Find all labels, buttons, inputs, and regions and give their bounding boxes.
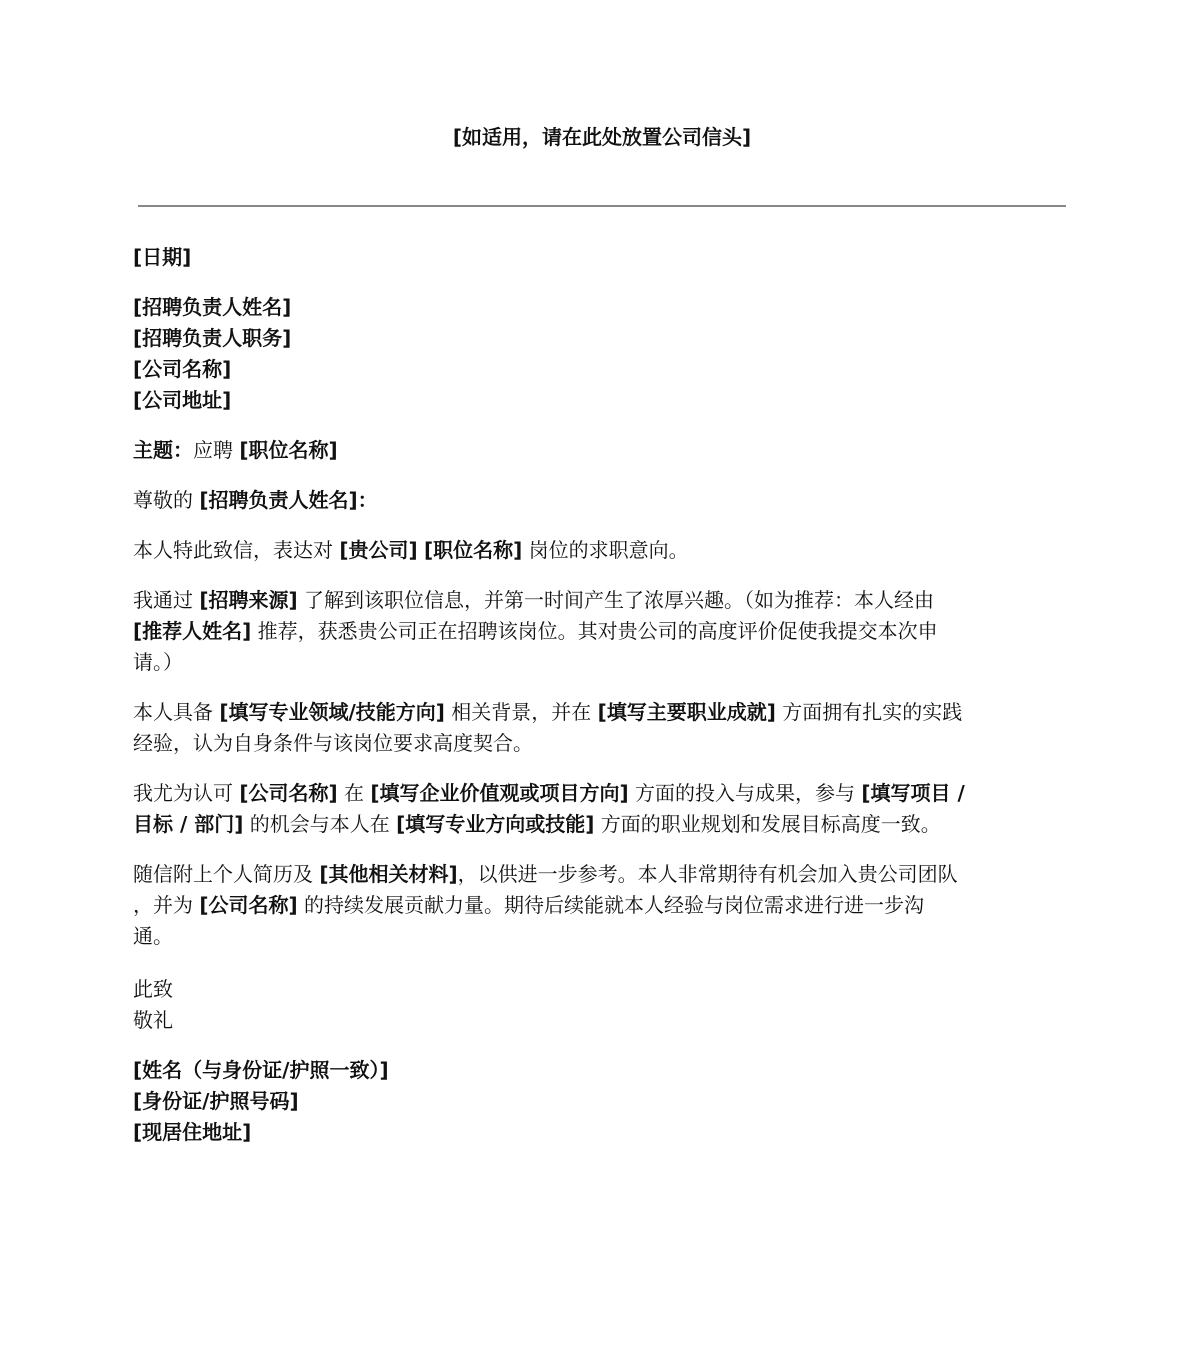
placeholder-company-name: [公司名称] <box>239 781 337 805</box>
subject-label: 主题： <box>133 438 193 462</box>
header-divider <box>138 205 1066 207</box>
paragraph-intent: 本人特此致信，表达对 [贵公司] [职位名称] 岗位的求职意向。 <box>133 535 1083 566</box>
text-segment: 的持续发展贡献力量。期待后续能就本人经验与岗位需求进行进一步沟 <box>298 893 924 917</box>
placeholder-company-values: [填写企业价值观或项目方向] <box>370 781 628 805</box>
signature-name: [姓名（与身份证/护照一致）] <box>133 1055 1083 1086</box>
signature-address: [现居住地址] <box>133 1117 1083 1148</box>
placeholder-position: [职位名称] <box>424 538 522 562</box>
salutation-name: [招聘负责人姓名]： <box>199 488 377 512</box>
text-segment: 本人具备 <box>133 700 219 724</box>
recipient-title: [招聘负责人职务] <box>133 323 1083 354</box>
date: [日期] <box>133 242 1083 273</box>
text-segment: 的机会与本人在 <box>243 812 396 836</box>
placeholder-project: 目标 / 部门] <box>133 812 243 836</box>
subject-position: [职位名称] <box>239 438 337 462</box>
letter-body: [日期] [招聘负责人姓名] [招聘负责人职务] [公司名称] [公司地址] 主… <box>133 242 1083 1167</box>
paragraph-attachments: 随信附上个人简历及 [其他相关材料]，以供进一步参考。本人非常期待有机会加入贵公… <box>133 859 1083 952</box>
text-segment: ，并为 <box>133 893 199 917</box>
closing-line-2: 敬礼 <box>133 1005 1083 1036</box>
placeholder-professional-skill: [填写专业方向或技能] <box>396 812 594 836</box>
salutation-prefix: 尊敬的 <box>133 488 199 512</box>
placeholder-other-materials: [其他相关材料] <box>319 862 457 886</box>
placeholder-achievement: [填写主要职业成就] <box>598 700 776 724</box>
placeholder-skill-area: [填写专业领域/技能方向] <box>219 700 445 724</box>
text-segment: 随信附上个人简历及 <box>133 862 319 886</box>
placeholder-project: [填写项目 / <box>861 781 964 805</box>
paragraph-alignment: 我尤为认可 [公司名称] 在 [填写企业价值观或项目方向] 方面的投入与成果，参… <box>133 778 1083 840</box>
paragraph-source: 我通过 [招聘来源] 了解到该职位信息，并第一时间产生了浓厚兴趣。（如为推荐：本… <box>133 585 1083 678</box>
text-segment: ，以供进一步参考。本人非常期待有机会加入贵公司团队 <box>458 862 958 886</box>
placeholder-referrer: [推荐人姓名] <box>133 619 251 643</box>
recipient-company: [公司名称] <box>133 354 1083 385</box>
text-segment: 方面的投入与成果，参与 <box>629 781 862 805</box>
recipient-name: [招聘负责人姓名] <box>133 292 1083 323</box>
text-segment: 了解到该职位信息，并第一时间产生了浓厚兴趣。（如为推荐：本人经由 <box>298 588 934 612</box>
text-segment: 请。） <box>133 647 1083 678</box>
text-segment: 我尤为认可 <box>133 781 239 805</box>
text-segment: 我通过 <box>133 588 199 612</box>
placeholder-company-name: [公司名称] <box>199 893 297 917</box>
text-segment: 推荐，获悉贵公司正在招聘该岗位。其对贵公司的高度评价促使我提交本次申 <box>251 619 937 643</box>
closing: 此致 敬礼 <box>133 974 1083 1036</box>
text-segment: 本人特此致信，表达对 <box>133 538 339 562</box>
letter-page: [如适用，请在此处放置公司信头] [日期] [招聘负责人姓名] [招聘负责人职务… <box>0 0 1204 1348</box>
subject-text: 应聘 <box>193 438 239 462</box>
text-segment: 相关背景，并在 <box>445 700 598 724</box>
recipient-address: [公司地址] <box>133 385 1083 416</box>
letterhead-placeholder: [如适用，请在此处放置公司信头] <box>0 122 1204 152</box>
salutation: 尊敬的 [招聘负责人姓名]： <box>133 485 1083 516</box>
text-segment: 经验，认为自身条件与该岗位要求高度契合。 <box>133 728 1083 759</box>
signature-block: [姓名（与身份证/护照一致）] [身份证/护照号码] [现居住地址] <box>133 1055 1083 1148</box>
recipient-block: [招聘负责人姓名] [招聘负责人职务] [公司名称] [公司地址] <box>133 292 1083 416</box>
text-segment: 方面的职业规划和发展目标高度一致。 <box>594 812 940 836</box>
text-segment: 岗位的求职意向。 <box>522 538 688 562</box>
text-segment: 通。 <box>133 921 1083 952</box>
placeholder-recruit-source: [招聘来源] <box>199 588 297 612</box>
text-segment: 方面拥有扎实的实践 <box>776 700 962 724</box>
paragraph-background: 本人具备 [填写专业领域/技能方向] 相关背景，并在 [填写主要职业成就] 方面… <box>133 697 1083 759</box>
signature-id-number: [身份证/护照号码] <box>133 1086 1083 1117</box>
date-placeholder: [日期] <box>133 242 1083 273</box>
placeholder-company: [贵公司] <box>339 538 417 562</box>
closing-line-1: 此致 <box>133 974 1083 1005</box>
subject-line: 主题：应聘 [职位名称] <box>133 435 1083 466</box>
text-segment: 在 <box>338 781 371 805</box>
